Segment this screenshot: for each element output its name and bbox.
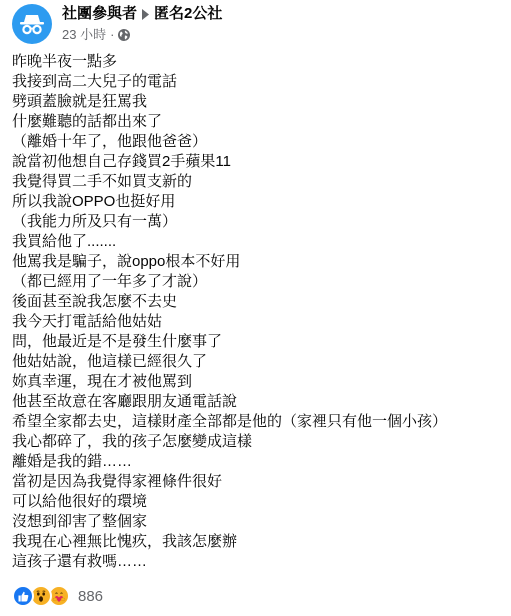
post-line: 沒想到卻害了整個家 xyxy=(12,512,501,532)
post-line: 問，他最近是不是發生什麼事了 xyxy=(12,332,501,352)
caret-right-icon xyxy=(142,9,149,20)
post-line: 他姑姑說，他這樣已經很久了 xyxy=(12,352,501,372)
post-line: 說當初他想自己存錢買2手蘋果11 xyxy=(12,152,501,172)
post-line: 劈頭蓋臉就是狂罵我 xyxy=(12,92,501,112)
post-body: 昨晚半夜一點多 我接到高二大兒子的電話 劈頭蓋臉就是狂罵我 什麼難聽的話都出來了… xyxy=(12,52,501,572)
post-line: 後面甚至說我怎麼不去史 xyxy=(12,292,501,312)
post-header: 社團參與者 匿名2公社 23 小時 · xyxy=(12,4,222,44)
reactions-bar[interactable]: 886 xyxy=(12,585,103,607)
post-line: 可以給他很好的環境 xyxy=(12,492,501,512)
post-line: 希望全家都去史，這樣財產全部都是他的（家裡只有他一個小孩） xyxy=(12,412,501,432)
avatar[interactable] xyxy=(12,4,52,44)
post-timestamp[interactable]: 23 小時 xyxy=(62,26,106,44)
reaction-count[interactable]: 886 xyxy=(78,588,103,605)
post-line: 我心都碎了，我的孩子怎麼變成這樣 xyxy=(12,432,501,452)
post-line: 什麼難聽的話都出來了 xyxy=(12,112,501,132)
post-line: 我接到高二大兒子的電話 xyxy=(12,72,501,92)
post-line: 離婚是我的錯…… xyxy=(12,452,501,472)
post-line: （都已經用了一年多了才說） xyxy=(12,272,501,292)
post-line: 他罵我是騙子，說oppo根本不好用 xyxy=(12,252,501,272)
post-line: 昨晚半夜一點多 xyxy=(12,52,501,72)
post-line: 當初是因為我覺得家裡條件很好 xyxy=(12,472,501,492)
globe-icon[interactable] xyxy=(118,29,130,41)
post-line: 這孩子還有救嗎…… xyxy=(12,552,501,572)
post-line: 我覺得買二手不如買支新的 xyxy=(12,172,501,192)
post-line: 我買給他了....... xyxy=(12,232,501,252)
post-line: 所以我說OPPO也挺好用 xyxy=(12,192,501,212)
post-line: 妳真幸運，現在才被他罵到 xyxy=(12,372,501,392)
post-line: （離婚十年了，他跟他爸爸） xyxy=(12,132,501,152)
post-line: 我今天打電話給他姑姑 xyxy=(12,312,501,332)
post-line: （我能力所及只有一萬） xyxy=(12,212,501,232)
post-line: 我現在心裡無比愧疚，我該怎麼辦 xyxy=(12,532,501,552)
like-icon xyxy=(12,585,34,607)
author-name[interactable]: 社團參與者 xyxy=(62,4,137,24)
post-line: 他甚至故意在客廳跟朋友通電話說 xyxy=(12,392,501,412)
incognito-icon xyxy=(19,13,45,35)
group-name[interactable]: 匿名2公社 xyxy=(154,4,222,24)
separator-dot: · xyxy=(110,26,114,44)
